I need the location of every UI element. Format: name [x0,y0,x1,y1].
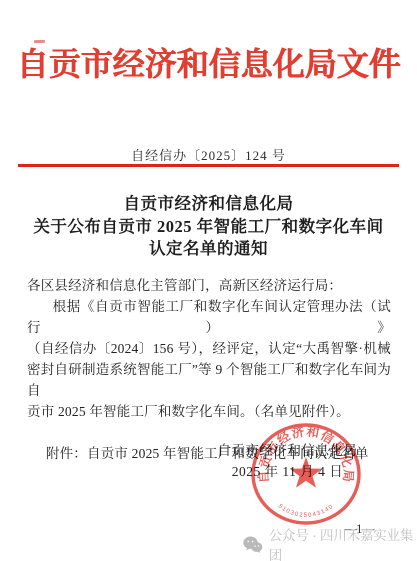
wechat-icon [243,535,263,554]
notice-title-line-2: 关于公布自贡市 2025 年智能工厂和数字化车间 [0,216,417,239]
seal-code: 5103025043140 [277,504,335,519]
document-number: 自经信办〔2025〕124 号 [0,145,417,164]
watermark-label: 公众号 · 四川禾嘉实业集团 [269,524,417,561]
red-header-title: 自贡市经济和信息化局文件 [0,36,417,92]
notice-title-line-1: 自贡市经济和信息化局 [0,193,417,216]
scanned-official-document: 自贡市经济和信息化局文件 自经信办〔2025〕124 号 自贡市经济和信息化局 … [0,0,417,561]
body-line-1: 根据《自贡市智能工厂和数字化车间认定管理办法（试行）》 [27,296,391,338]
salutation-line: 各区县经济和信息化主管部门，高新区经济运行局： [27,275,391,296]
notice-title: 自贡市经济和信息化局 关于公布自贡市 2025 年智能工厂和数字化车间 认定名单… [0,193,417,261]
seal-star-icon [290,457,322,488]
red-divider-line [18,164,399,167]
watermark-footer: 公众号 · 四川禾嘉实业集团 [243,533,417,555]
body-line-3: 密封自研制造系统智能工厂”等 9 个智能工厂和数字化车间为自 [27,359,391,401]
official-seal-stamp: 自贡市经济和信息化局 5103025043140 [248,422,364,528]
body-line-4: 贡市 2025 年智能工厂和数字化车间。（名单见附件）。 [27,401,391,422]
notice-title-line-3: 认定名单的通知 [0,238,417,261]
body-line-2: （自经信办〔2024〕156 号），经评定，认定“大禹智擎·机械 [27,338,391,359]
